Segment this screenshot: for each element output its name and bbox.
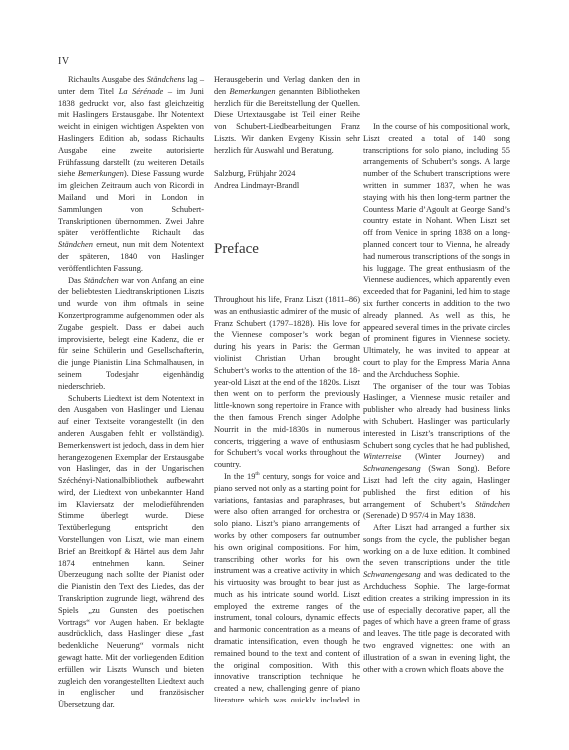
- english-paragraph-1: Throughout his life, Franz Liszt (1811–8…: [214, 294, 360, 471]
- column-english-3: In the course of his compositional work,…: [363, 74, 510, 675]
- english-paragraph-4: The organiser of the tour was Tobias Has…: [363, 381, 510, 523]
- place-date: Salzburg, Frühjahr 2024: [214, 168, 360, 180]
- column-2: Herausgeberin und Verlag danken den in d…: [214, 74, 360, 702]
- german-paragraph-2: Das Ständchen war von Anfang an eine der…: [58, 275, 204, 393]
- page-number: IV: [58, 56, 70, 67]
- signature-block: Salzburg, Frühjahr 2024 Andrea Lindmayr-…: [214, 168, 360, 192]
- author-name: Andrea Lindmayr-Brandl: [214, 180, 360, 192]
- english-paragraph-2: In the 19th century, songs for voice and…: [214, 471, 360, 702]
- english-paragraph-3: In the course of his compositional work,…: [363, 121, 510, 381]
- german-paragraph-4: Herausgeberin und Verlag danken den in d…: [214, 74, 360, 157]
- preface-heading: Preface: [214, 240, 360, 258]
- german-paragraph-1: Richaults Ausgabe des Ständchens lag – u…: [58, 74, 204, 275]
- german-paragraph-3: Schuberts Liedtext ist dem Notentext in …: [58, 393, 204, 712]
- english-paragraph-5: After Liszt had arranged a further six s…: [363, 522, 510, 675]
- column-german-1: Richaults Ausgabe des Ständchens lag – u…: [58, 74, 204, 711]
